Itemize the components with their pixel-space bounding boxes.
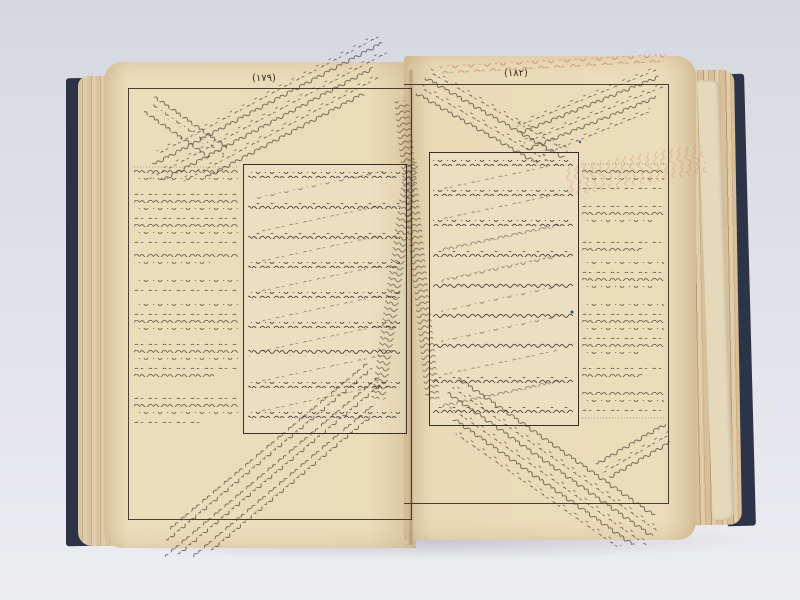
left-page-number: (١٧٩) xyxy=(252,73,276,84)
left-footer-note: ٤٢٥ xyxy=(0,38,26,57)
right-main-line: ظرفا لغوا نحو زيد في الدار xyxy=(193,0,372,19)
right-main-line: نحو بيت زيد xyxy=(184,19,263,38)
right-main-line: الحذف في سقي الدار xyxy=(268,19,414,38)
right-main-line: وقد يحذف الجار xyxy=(82,0,188,19)
right-side-heading: قوله الوجوب xyxy=(0,19,85,38)
right-main-text-box xyxy=(429,152,579,426)
right-page-number: (١٨٢) xyxy=(504,68,528,79)
right-main-line: في الجار والمجرور xyxy=(516,0,640,19)
right-main-line: وقد يجر في الجملة xyxy=(645,0,771,19)
right-main-line: او يحمل وان لم يكن xyxy=(377,0,511,19)
book-photo-scene: (١٧٩) (١٨٢) xyxy=(0,0,800,600)
right-main-line: ملازمة اليمين xyxy=(90,19,178,38)
left-main-text-box xyxy=(243,164,407,434)
